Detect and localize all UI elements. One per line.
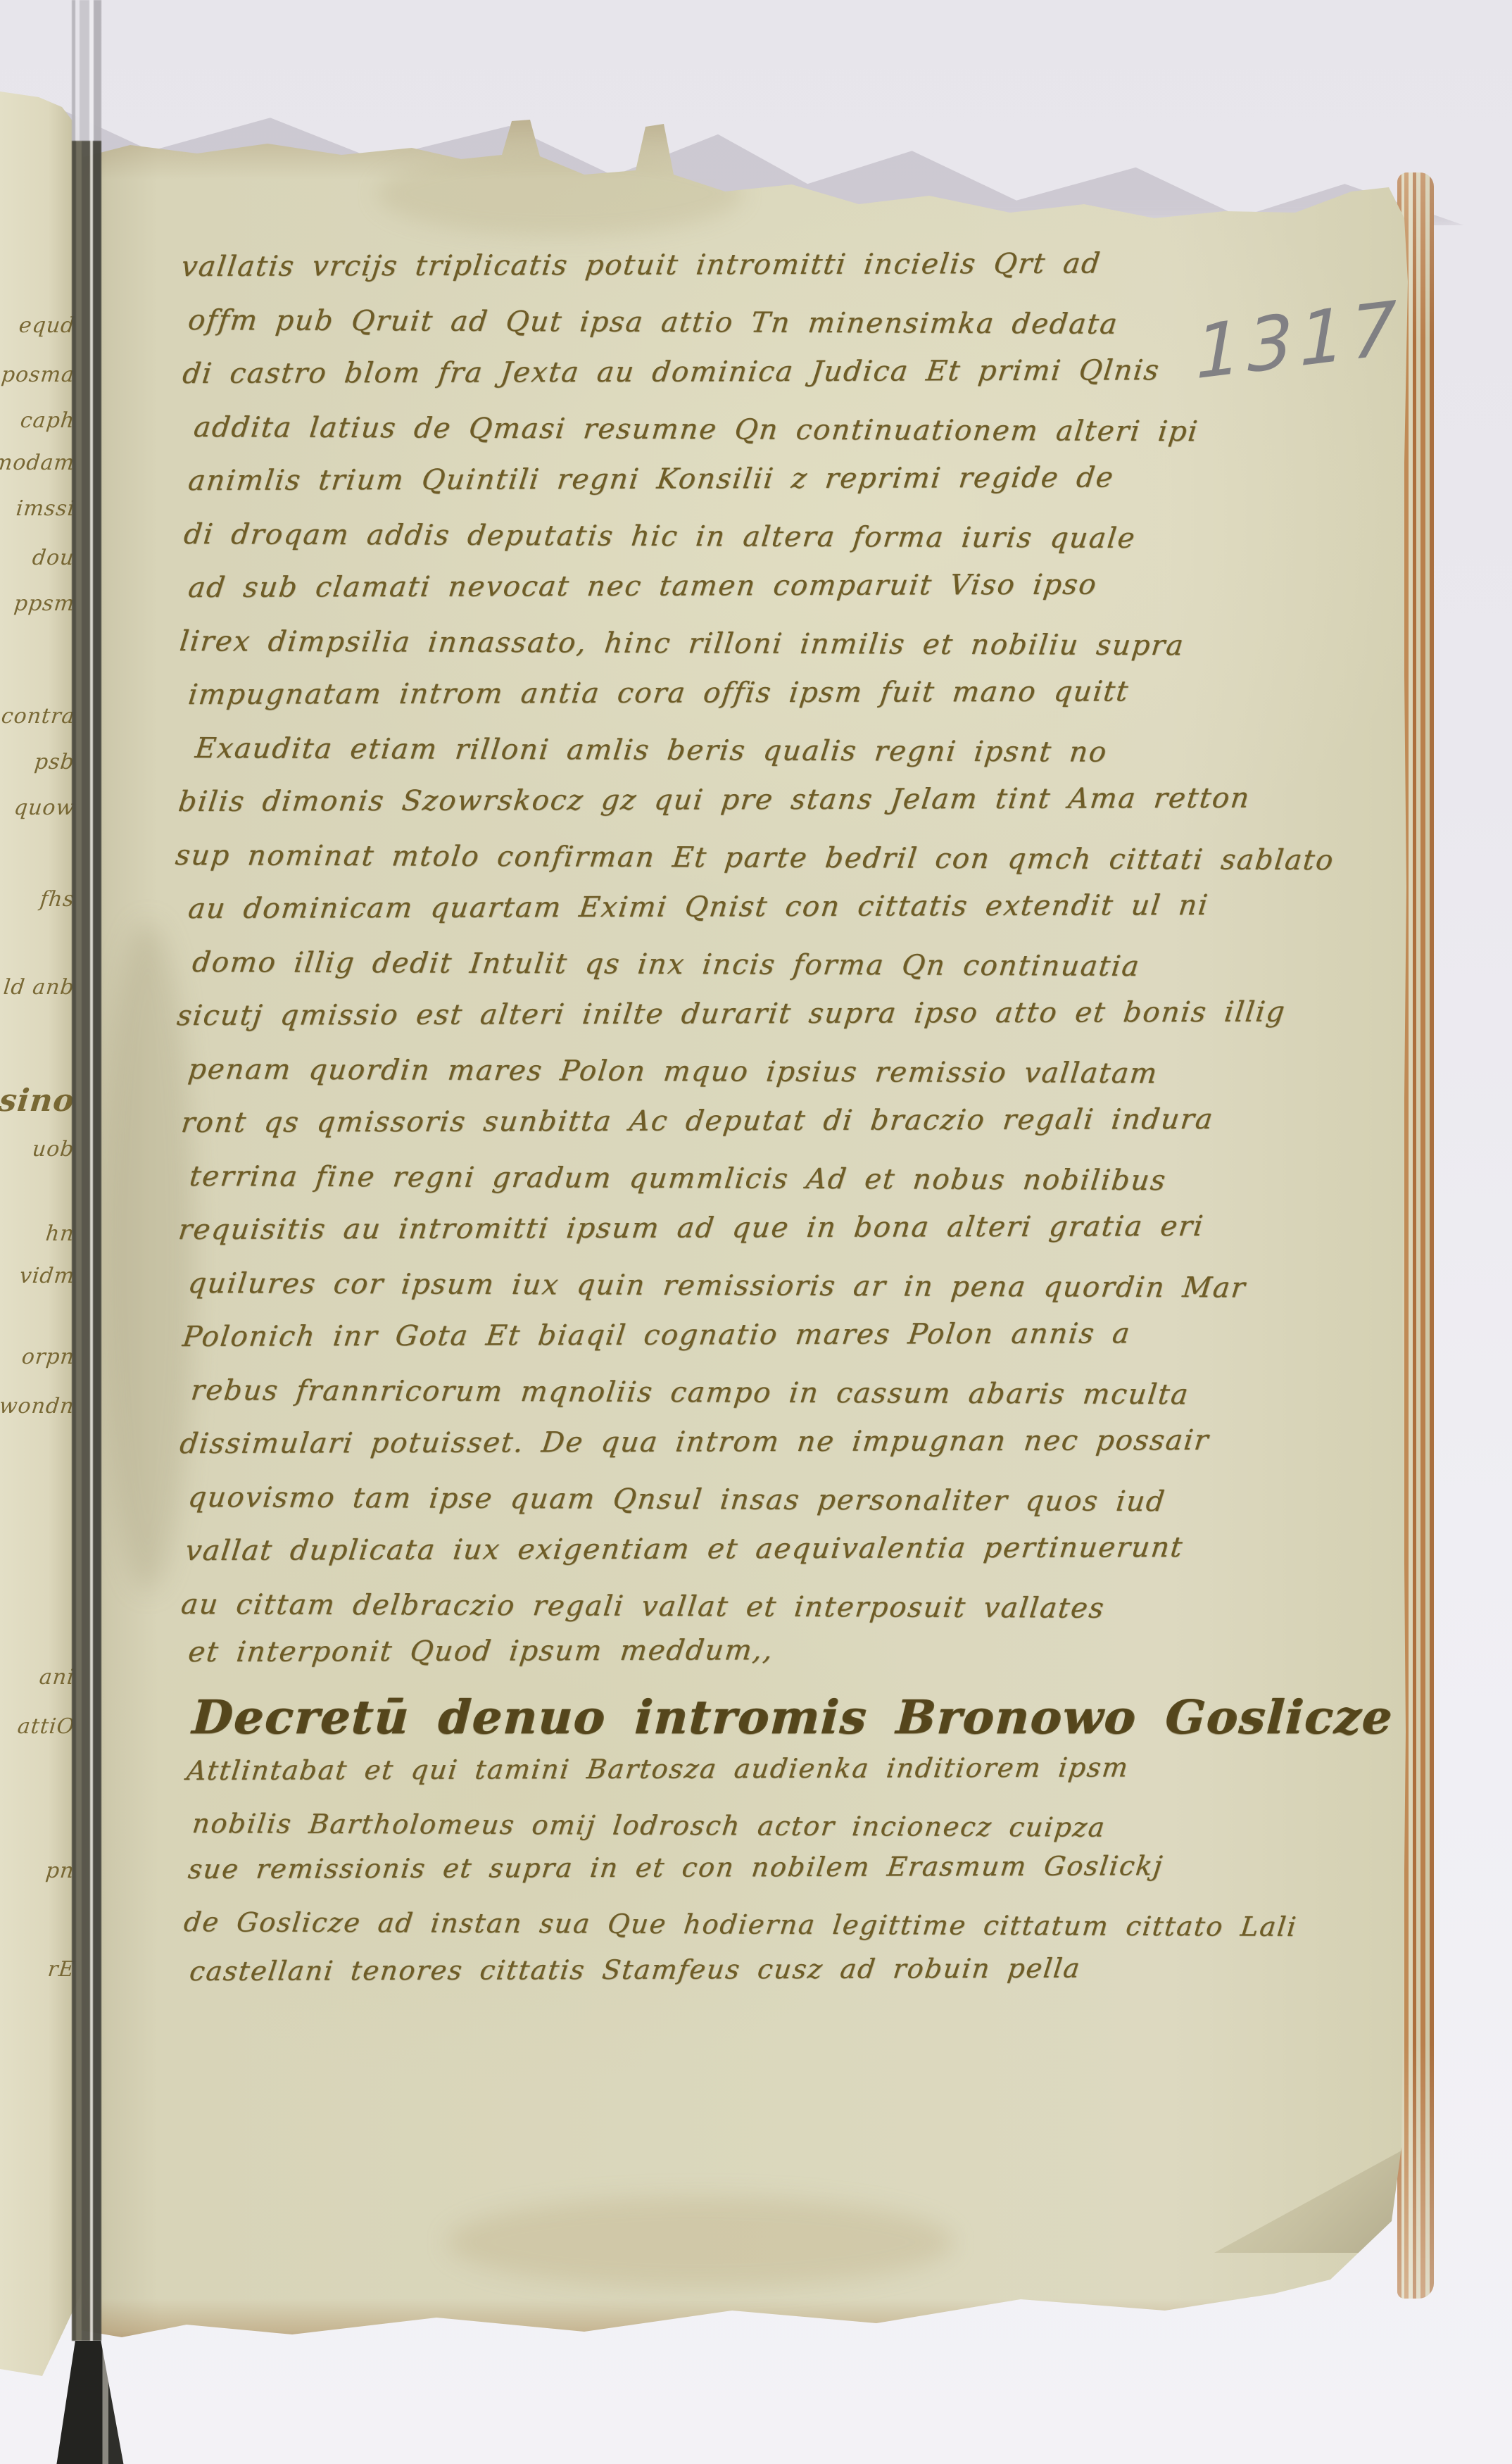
manuscript-line: Polonich inr Gota Et biaqil cognatio mar… bbox=[181, 1318, 1133, 1352]
manuscript-line: quilures cor ipsum iux quin remissioris … bbox=[187, 1268, 1248, 1304]
manuscript-line: domo illig dedit Intulit qs inx incis fo… bbox=[191, 947, 1142, 982]
manuscript-line: sicutj qmissio est alteri inilte durarit… bbox=[175, 997, 1287, 1031]
facing-page-text-fragment: dou bbox=[32, 546, 76, 570]
facing-page-text-fragment: orpn bbox=[20, 1345, 76, 1369]
manuscript-line: castellani tenores cittatis Stamfeus cus… bbox=[188, 1954, 1083, 1987]
facing-page-text-fragment: posma bbox=[0, 363, 76, 387]
manuscript-line: ront qs qmissoris sunbitta Ac deputat di… bbox=[179, 1104, 1216, 1138]
glass-rod-gutter-segment bbox=[72, 141, 101, 2341]
manuscript-text-block: vallatis vrcijs triplicatis potuit intro… bbox=[81, 113, 1408, 2348]
manuscript-line: penam quordin mares Polon mquo ipsius re… bbox=[187, 1054, 1159, 1089]
manuscript-line: nobilis Bartholomeus omij lodrosch actor… bbox=[191, 1809, 1107, 1842]
manuscript-line: impugnatam introm antia cora offis ipsm … bbox=[187, 676, 1130, 710]
manuscript-line: animlis trium Quintili regni Konsilii z … bbox=[187, 462, 1116, 496]
facing-page-text-fragment: fhs bbox=[39, 887, 76, 912]
manuscript-line: requisitis au intromitti ipsum ad que in… bbox=[177, 1211, 1206, 1245]
manuscript-page: 1317 vallatis vrcijs triplicatis potuit … bbox=[81, 113, 1408, 2348]
facing-page-text-fragment: caph bbox=[19, 408, 76, 433]
facing-page-text-fragment: vidm bbox=[18, 1264, 76, 1288]
glass-rod-top-segment bbox=[72, 0, 101, 141]
manuscript-line: au dominicam quartam Eximi Qnist con cit… bbox=[187, 890, 1211, 924]
manuscript-line: quovismo tam ipse quam Qnsul insas perso… bbox=[187, 1482, 1167, 1517]
manuscript-line: de Goslicze ad instan sua Que hodierna l… bbox=[182, 1908, 1299, 1942]
facing-page-text-fragment: quow bbox=[13, 796, 76, 820]
facing-page-text-fragment: equd bbox=[18, 313, 76, 338]
facing-page-text-fragment: uob bbox=[32, 1137, 76, 1162]
facing-page-text-fragment: psb bbox=[33, 750, 75, 774]
manuscript-line: lirex dimpsilia innassato, hinc rilloni … bbox=[178, 626, 1186, 661]
facing-page-text-fragment: ani bbox=[38, 1665, 75, 1690]
manuscript-line: di castro blom fra Jexta au dominica Jud… bbox=[181, 355, 1161, 389]
manuscript-line: vallat duplicata iux exigentiam et aequi… bbox=[184, 1532, 1185, 1566]
facing-page-text-fragment: imssi bbox=[15, 496, 76, 521]
manuscript-line: et interponit Quod ipsum meddum,, bbox=[187, 1635, 776, 1668]
manuscript-line: ad sub clamati nevocat nec tamen comparu… bbox=[187, 569, 1099, 603]
manuscript-line: terrina fine regni gradum qummlicis Ad e… bbox=[188, 1161, 1168, 1196]
facing-page-text-fragment: modam bbox=[0, 451, 76, 475]
facing-page-text-fragment: ppsm bbox=[13, 591, 76, 616]
manuscript-line: addita latius de Qmasi resumne Qn contin… bbox=[192, 412, 1200, 447]
manuscript-line: vallatis vrcijs triplicatis potuit intro… bbox=[179, 248, 1103, 282]
manuscript-photo: equd posma caph modam imssi dou ppsm con… bbox=[0, 0, 1512, 2464]
facing-page-text-fragment: wondn bbox=[0, 1394, 76, 1419]
manuscript-line: Exaudita etiam rilloni amlis beris quali… bbox=[194, 733, 1109, 768]
manuscript-line: bilis dimonis Szowrskocz gz qui pre stan… bbox=[177, 783, 1252, 817]
manuscript-line: Attlintabat et qui tamini Bartosza audie… bbox=[185, 1753, 1130, 1785]
facing-page-text-fragment: attiO bbox=[16, 1714, 76, 1739]
facing-page-text-fragment: sino bbox=[0, 1083, 77, 1119]
manuscript-line: rebus frannricorum mqnoliis campo in cas… bbox=[189, 1375, 1191, 1410]
manuscript-line: au cittam delbraczio regali vallat et in… bbox=[179, 1589, 1107, 1624]
manuscript-line: sue remissionis et supra in et con nobil… bbox=[187, 1852, 1165, 1885]
facing-page-text-fragment: contra bbox=[0, 704, 76, 729]
manuscript-line: di droqam addis deputatis hic in altera … bbox=[182, 519, 1138, 554]
glass-holding-rod bbox=[72, 0, 101, 2464]
section-heading: Decretū denuo intromis Bronowo Goslicze bbox=[191, 1690, 1394, 1745]
manuscript-line: offm pub Qruit ad Qut ipsa attio Tn mine… bbox=[187, 305, 1120, 340]
facing-page-text-fragment: ld anb bbox=[2, 975, 75, 1000]
manuscript-line: dissimulari potuisset. De qua introm ne … bbox=[178, 1425, 1211, 1459]
manuscript-line: sup nominat mtolo confirman Et parte bed… bbox=[174, 840, 1336, 876]
